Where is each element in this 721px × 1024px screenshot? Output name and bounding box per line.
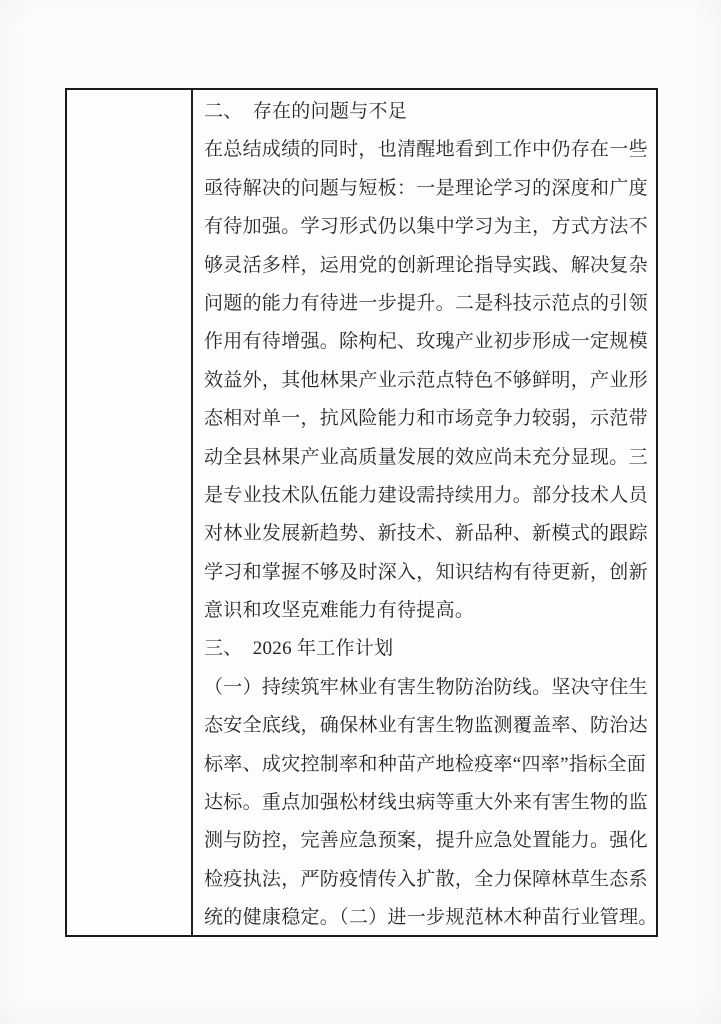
document-text-line: 动全县林果产业高质量发展的效应尚未充分显现。三 [204,439,652,477]
scanned-document-page: 二、 存在的问题与不足在总结成绩的同时，也清醒地看到工作中仍存在一些亟待解决的问… [0,0,721,1024]
table-left-column-cell [67,90,193,935]
document-text-line: （一）持续筑牢林业有害生物防治防线。坚决守住生 [204,669,652,707]
document-text-line: 学习和掌握不够及时深入，知识结构有待更新，创新 [204,554,652,592]
document-text-line: 效益外，其他林果产业示范点特色不够鲜明，产业形 [204,362,652,400]
document-text-line: 测与防控，完善应急预案，提升应急处置能力。强化 [204,822,652,860]
document-text-line: 达标。重点加强松材线虫病等重大外来有害生物的监 [204,784,652,822]
document-text-line: 二、 存在的问题与不足 [204,93,652,131]
document-text-line: 统的健康稳定。（二）进一步规范林木种苗行业管理。 [204,899,652,935]
document-text-line: 够灵活多样，运用党的创新理论指导实践、解决复杂 [204,247,652,285]
document-text-line: 在总结成绩的同时，也清醒地看到工作中仍存在一些 [204,131,652,169]
document-text-line: 亟待解决的问题与短板：一是理论学习的深度和广度 [204,170,652,208]
document-text-line: 态相对单一，抗风险能力和市场竞争力较弱，示范带 [204,400,652,438]
document-text-line: 检疫执法，严防疫情传入扩散，全力保障林草生态系 [204,861,652,899]
document-text-line: 问题的能力有待进一步提升。二是科技示范点的引领 [204,285,652,323]
table-right-column-cell: 二、 存在的问题与不足在总结成绩的同时，也清醒地看到工作中仍存在一些亟待解决的问… [193,90,656,935]
document-text-line: 作用有待增强。除枸杞、玫瑰产业初步形成一定规模 [204,323,652,361]
document-text-line: 对林业发展新趋势、新技术、新品种、新模式的跟踪 [204,515,652,553]
document-text-line: 意识和攻坚克难能力有待提高。 [204,592,652,630]
document-text-line: 标率、成灾控制率和种苗产地检疫率“四率”指标全面 [204,746,652,784]
report-table: 二、 存在的问题与不足在总结成绩的同时，也清醒地看到工作中仍存在一些亟待解决的问… [65,88,658,937]
document-text-line: 态安全底线，确保林业有害生物监测覆盖率、防治达 [204,707,652,745]
document-text-line: 有待加强。学习形式仍以集中学习为主，方式方法不 [204,208,652,246]
document-text-line: 三、 2026 年工作计划 [204,630,652,668]
document-text-line: 是专业技术队伍能力建设需持续用力。部分技术人员 [204,477,652,515]
